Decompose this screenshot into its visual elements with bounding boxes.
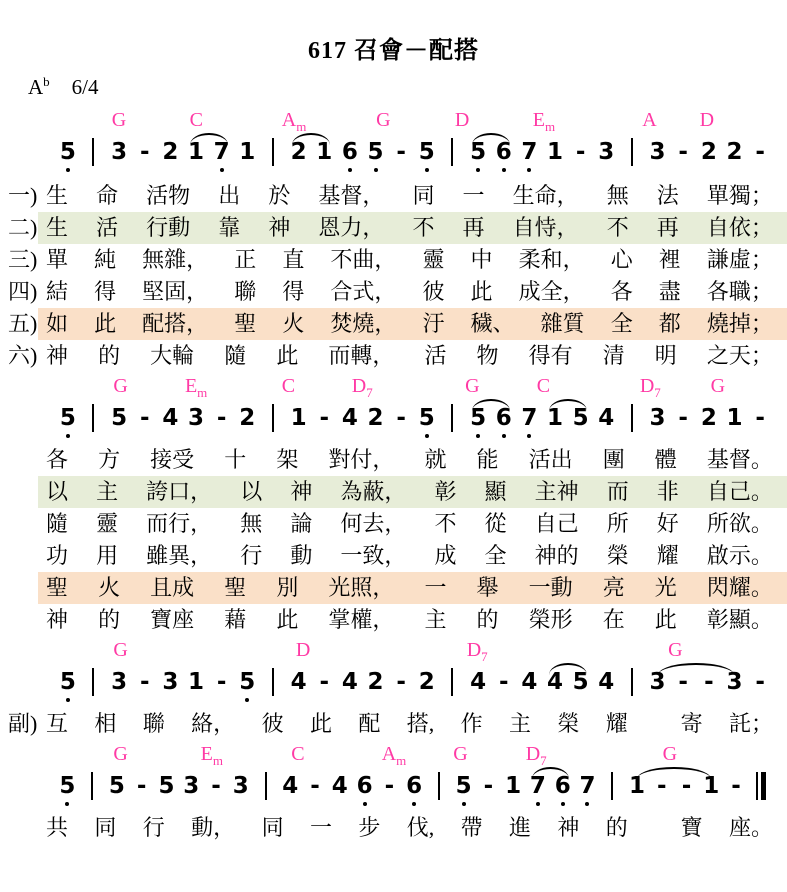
lyric-cell: 的 bbox=[477, 604, 499, 636]
lyric-cell: 雜質 bbox=[541, 308, 585, 340]
barline bbox=[253, 772, 278, 800]
lyric-cell: 神 bbox=[268, 212, 290, 244]
chord-row: GCAmGDEmAD bbox=[0, 108, 787, 132]
chord-G: G bbox=[465, 374, 479, 398]
lyric-cell: 無 bbox=[607, 180, 629, 212]
chord-D7: D7 bbox=[640, 374, 661, 405]
barline bbox=[440, 404, 466, 432]
note-7: 7 bbox=[517, 139, 543, 165]
dash-continuation: - bbox=[129, 773, 154, 799]
note-1: 1 bbox=[722, 405, 748, 431]
time-signature: 6/4 bbox=[72, 75, 99, 99]
dash-continuation: - bbox=[132, 669, 158, 695]
lyric-cell: 聖 bbox=[224, 572, 246, 604]
note-2: 2 bbox=[722, 139, 748, 165]
lyric-cell: 焚燒， bbox=[330, 308, 396, 340]
lyric-cell: 中 bbox=[471, 244, 493, 276]
lyric-cells: 神的大輪隨此而轉，活物得有清明之天； bbox=[46, 340, 773, 372]
note-5: 5 bbox=[55, 139, 81, 165]
lyric-cells-highlight-green: 以主誇口，以神為蔽，彰顯主神而非自己。 bbox=[38, 476, 787, 508]
lyric-cell: 生 bbox=[46, 212, 68, 244]
lyric-cell: 穢、 bbox=[471, 308, 515, 340]
note-4: 4 bbox=[286, 669, 312, 695]
lyric-cell: 基督， bbox=[318, 180, 384, 212]
lyric-cell: 神的 bbox=[535, 540, 579, 572]
chord-G: G bbox=[113, 374, 127, 398]
lyric-cell: 隨 bbox=[46, 508, 68, 540]
lyric-cell: 火 bbox=[98, 572, 120, 604]
note-4: 4 bbox=[337, 669, 363, 695]
note-4: 4 bbox=[327, 773, 352, 799]
lyric-cell: 一 bbox=[463, 180, 485, 212]
note-3: 3 bbox=[228, 773, 253, 799]
chord-C: C bbox=[282, 374, 295, 398]
lyric-cell: 所 bbox=[607, 508, 629, 540]
dash-continuation: - bbox=[311, 669, 337, 695]
lyric-cell: 的 bbox=[606, 812, 628, 844]
lyric-cell: 自己。 bbox=[707, 476, 773, 508]
lyric-cells: 神的寶座藉此掌權，主的榮形在此彰顯。 bbox=[46, 604, 773, 636]
note-3: 3 bbox=[158, 669, 184, 695]
lyric-cell: 之天； bbox=[707, 340, 773, 372]
lyric-cells: 各方接受十架對付，就能活出團體基督。 bbox=[46, 444, 773, 476]
chord-row: GEmCD7GCD7G bbox=[0, 374, 787, 398]
note-3: 3 bbox=[645, 669, 671, 695]
lyric-cell: 此 bbox=[655, 604, 677, 636]
lyric-cell: 活出 bbox=[529, 444, 573, 476]
note-7: 7 bbox=[517, 405, 543, 431]
slur-group: 45 bbox=[542, 669, 593, 695]
chord-C: C bbox=[537, 374, 550, 398]
chord-D7: D7 bbox=[467, 638, 488, 669]
lyric-cell: 步 bbox=[358, 812, 380, 844]
lyric-cell: 出 bbox=[218, 180, 240, 212]
lyric-cell: 法 bbox=[657, 180, 679, 212]
dash-continuation: - bbox=[568, 139, 594, 165]
note-5: 5 bbox=[568, 405, 594, 431]
note-4: 4 bbox=[593, 669, 619, 695]
chord-Em: Em bbox=[533, 108, 555, 139]
lyric-cell: 光照， bbox=[328, 572, 394, 604]
lyric-cell: 為蔽， bbox=[340, 476, 406, 508]
chord-D7: D7 bbox=[352, 374, 373, 405]
lyric-cell: 且成 bbox=[150, 572, 194, 604]
lyric-cell: 論 bbox=[290, 508, 312, 540]
note-7: 7 bbox=[526, 773, 551, 799]
note-3: 3 bbox=[106, 139, 132, 165]
lyric-cell: 架 bbox=[276, 444, 298, 476]
barline bbox=[260, 138, 286, 166]
lyric-cell: 主 bbox=[424, 604, 446, 636]
verse-label: 三) bbox=[8, 244, 46, 276]
chord-C: C bbox=[190, 108, 203, 132]
dash-continuation: - bbox=[491, 669, 517, 695]
lyric-cell: 各職； bbox=[707, 276, 773, 308]
lyric-row: 聖火且成聖別光照，一舉一動亮光閃耀。 bbox=[0, 572, 787, 604]
note-3: 3 bbox=[645, 139, 671, 165]
lyric-cell: 純 bbox=[94, 244, 116, 276]
lyric-cell: 火 bbox=[282, 308, 304, 340]
lyric-cell: 神 bbox=[290, 476, 312, 508]
system-1: GCAmGDEmAD53-21712165-55671-33-22-一)生命活物… bbox=[0, 102, 787, 372]
lyric-cell: 得 bbox=[94, 276, 116, 308]
lyric-cell: 汙 bbox=[422, 308, 444, 340]
slur-group: 1--1 bbox=[625, 773, 724, 799]
lyric-cell: 此 bbox=[94, 308, 116, 340]
page-title: 617 召會－配搭 bbox=[0, 0, 787, 65]
music-systems: GCAmGDEmAD53-21712165-55671-33-22-一)生命活物… bbox=[0, 102, 787, 844]
note-5: 5 bbox=[105, 773, 130, 799]
lyric-cell: 主 bbox=[96, 476, 118, 508]
note-6: 6 bbox=[402, 773, 427, 799]
lyric-cell: 成全， bbox=[519, 276, 585, 308]
dash-continuation: - bbox=[747, 139, 773, 165]
lyric-cell: 從 bbox=[485, 508, 507, 540]
lyric-row: 共同行動，同一步伐,帶進神的寶座。 bbox=[0, 812, 787, 844]
note-5: 5 bbox=[451, 773, 476, 799]
lyric-cell: 柔和， bbox=[519, 244, 585, 276]
lyric-cell: 顯 bbox=[485, 476, 507, 508]
lyric-cell: 主神 bbox=[535, 476, 579, 508]
note-2: 2 bbox=[696, 139, 722, 165]
note-1: 1 bbox=[311, 139, 337, 165]
lyric-cell: 此 bbox=[310, 708, 332, 740]
lyric-cell: 聯 bbox=[234, 276, 256, 308]
dash-continuation: - bbox=[670, 139, 696, 165]
note-7: 7 bbox=[209, 139, 235, 165]
verse-label: 四) bbox=[8, 276, 46, 308]
barline bbox=[426, 772, 451, 800]
lyric-cell: 活物 bbox=[146, 180, 190, 212]
lyric-cell: 清 bbox=[603, 340, 625, 372]
note-2: 2 bbox=[158, 139, 184, 165]
lyric-cell: 於 bbox=[268, 180, 290, 212]
key-note: A bbox=[28, 75, 43, 99]
flat-symbol: b bbox=[43, 74, 50, 89]
dash-continuation: - bbox=[388, 139, 414, 165]
note-3: 3 bbox=[645, 405, 671, 431]
lyric-cell: 閃耀。 bbox=[707, 572, 773, 604]
lyric-cells: 結得堅固，聯得合式，彼此成全，各盡各職； bbox=[46, 276, 773, 308]
chord-Em: Em bbox=[185, 374, 207, 405]
dash-continuation: - bbox=[132, 139, 158, 165]
lyric-cell: 彰顯。 bbox=[707, 604, 773, 636]
barline bbox=[619, 668, 645, 696]
note-6: 6 bbox=[550, 773, 575, 799]
system-4: GEmCAmGD7G55-53-34-46-65-17671--1-共同行動，同… bbox=[0, 742, 787, 844]
barline bbox=[440, 138, 466, 166]
lyric-cell: 各 bbox=[46, 444, 68, 476]
lyric-cell: 一 bbox=[310, 812, 332, 844]
chord-C: C bbox=[291, 742, 304, 766]
lyric-cell: 掌權， bbox=[328, 604, 394, 636]
barline bbox=[81, 138, 107, 166]
barline bbox=[440, 668, 466, 696]
lyric-cell: 彰 bbox=[434, 476, 456, 508]
note-5: 5 bbox=[465, 139, 491, 165]
verse-label bbox=[8, 444, 46, 476]
lyric-cell: 單 bbox=[46, 244, 68, 276]
lyric-cell: 接受 bbox=[150, 444, 194, 476]
lyric-cell: 堅固， bbox=[142, 276, 208, 308]
hymn-sheet: 617 召會－配搭 Ab6/4 GCAmGDEmAD53-21712165-55… bbox=[0, 0, 787, 892]
note-4: 4 bbox=[593, 405, 619, 431]
lyric-cell: 誇口， bbox=[146, 476, 212, 508]
lyric-cell: 謙虛； bbox=[707, 244, 773, 276]
barline bbox=[600, 772, 625, 800]
lyric-cell: 主 bbox=[509, 708, 531, 740]
lyric-cell: 合式， bbox=[330, 276, 396, 308]
note-5: 5 bbox=[154, 773, 179, 799]
system-3: GDD7G53-31-54-42-24-44543--3-副)互相聯絡，彼此配搭… bbox=[0, 638, 787, 740]
dash-continuation: - bbox=[209, 405, 235, 431]
lyric-cell: 聖 bbox=[234, 308, 256, 340]
lyric-cell: 不 bbox=[412, 212, 434, 244]
lyric-cell: 配 bbox=[358, 708, 380, 740]
dash-continuation: - bbox=[388, 405, 414, 431]
lyric-cell: 亮 bbox=[603, 572, 625, 604]
barline bbox=[260, 668, 286, 696]
lyric-cell: 隨 bbox=[224, 340, 246, 372]
note-1: 1 bbox=[542, 405, 568, 431]
lyric-cell: 對付， bbox=[328, 444, 394, 476]
dash-continuation: - bbox=[724, 773, 749, 799]
lyric-cell: 帶 bbox=[461, 812, 483, 844]
chord-Am: Am bbox=[382, 742, 407, 773]
lyric-cell: 結 bbox=[46, 276, 68, 308]
lyric-cell: 靈 bbox=[96, 508, 118, 540]
barline bbox=[619, 404, 645, 432]
lyric-cell: 相 bbox=[94, 708, 116, 740]
chord-D: D bbox=[700, 108, 714, 132]
note-4: 4 bbox=[158, 405, 184, 431]
chord-G: G bbox=[113, 742, 127, 766]
lyric-cell: 聖 bbox=[46, 572, 68, 604]
lyric-cell: 同 bbox=[262, 812, 284, 844]
note-5: 5 bbox=[55, 669, 81, 695]
lyric-cell: 榮 bbox=[557, 708, 579, 740]
lyric-cell: 在 bbox=[603, 604, 625, 636]
lyric-cell: 裡 bbox=[659, 244, 681, 276]
note-1: 1 bbox=[625, 773, 650, 799]
lyric-cell: 大輪 bbox=[150, 340, 194, 372]
lyric-cell: 生 bbox=[46, 180, 68, 212]
lyric-cell: 不 bbox=[607, 212, 629, 244]
lyric-cells: 隨靈而行，無論何去，不從自己所好所欲。 bbox=[46, 508, 773, 540]
chord-D: D bbox=[296, 638, 310, 662]
note-5: 5 bbox=[465, 405, 491, 431]
lyric-cell: 行 bbox=[240, 540, 262, 572]
note-1: 1 bbox=[542, 139, 568, 165]
lyric-cell: 成 bbox=[434, 540, 456, 572]
verse-label bbox=[8, 540, 46, 572]
lyric-cell: 非 bbox=[657, 476, 679, 508]
lyric-cell: 動， bbox=[191, 812, 235, 844]
lyric-cell: 一動 bbox=[529, 572, 573, 604]
dash-continuation: - bbox=[476, 773, 501, 799]
lyric-cell: 而 bbox=[607, 476, 629, 508]
dash-continuation: - bbox=[303, 773, 328, 799]
lyric-row: 一)生命活物出於基督，同一生命，無法單獨； bbox=[0, 180, 787, 212]
verse-label bbox=[8, 812, 46, 844]
chord-G: G bbox=[376, 108, 390, 132]
note-4: 4 bbox=[465, 669, 491, 695]
note-4: 4 bbox=[517, 669, 543, 695]
lyric-cell: 基督。 bbox=[707, 444, 773, 476]
lyric-cell: 而轉， bbox=[328, 340, 394, 372]
lyric-cell: 聯 bbox=[143, 708, 165, 740]
chord-G: G bbox=[112, 108, 126, 132]
chord-Em: Em bbox=[201, 742, 223, 773]
chord-row: GDD7G bbox=[0, 638, 787, 662]
lyric-cell: 物 bbox=[477, 340, 499, 372]
lyric-cell: 以 bbox=[240, 476, 262, 508]
barline bbox=[81, 668, 107, 696]
lyric-cells: 單純無雜，正直不曲，靈中柔和，心裡謙虛； bbox=[46, 244, 773, 276]
note-4: 4 bbox=[337, 405, 363, 431]
lyric-cell: 此 bbox=[471, 276, 493, 308]
lyric-cell: 此 bbox=[276, 604, 298, 636]
lyric-cell: 得有 bbox=[529, 340, 573, 372]
lyric-cell: 活 bbox=[424, 340, 446, 372]
lyric-cell: 燒掉； bbox=[707, 308, 773, 340]
dash-continuation: - bbox=[311, 405, 337, 431]
lyric-cell: 何去， bbox=[340, 508, 406, 540]
lyric-row: 以主誇口，以神為蔽，彰顯主神而非自己。 bbox=[0, 476, 787, 508]
system-2: GEmCD7GCD7G55-43-21-42-55671543-21-各方接受十… bbox=[0, 374, 787, 636]
chord-A: A bbox=[642, 108, 656, 132]
lyric-cell: 無雜， bbox=[142, 244, 208, 276]
dash-continuation: - bbox=[747, 405, 773, 431]
barline bbox=[80, 772, 105, 800]
lyric-row: 各方接受十架對付，就能活出團體基督。 bbox=[0, 444, 787, 476]
slur-group: 76 bbox=[526, 773, 576, 799]
lyric-cells: 生命活物出於基督，同一生命，無法單獨； bbox=[46, 180, 773, 212]
lyric-cell: 雖異， bbox=[146, 540, 212, 572]
lyric-cell: 動 bbox=[290, 540, 312, 572]
lyric-cell: 伐, bbox=[407, 812, 435, 844]
dash-continuation: - bbox=[377, 773, 402, 799]
lyric-cell: 所欲。 bbox=[707, 508, 773, 540]
lyric-cell: 神 bbox=[46, 340, 68, 372]
note-2: 2 bbox=[363, 405, 389, 431]
lyric-cell: 寄 bbox=[681, 708, 703, 740]
lyric-row: 隨靈而行，無論何去，不從自己所好所欲。 bbox=[0, 508, 787, 540]
lyric-cell: 生命， bbox=[513, 180, 579, 212]
lyric-cells-highlight-orange: 如此配搭，聖火焚燒，汙穢、雜質全都燒掉； bbox=[38, 308, 787, 340]
verse-label bbox=[8, 604, 46, 636]
verse-label: 六) bbox=[8, 340, 46, 372]
lyric-cell: 再 bbox=[463, 212, 485, 244]
verse-label bbox=[8, 508, 46, 540]
lyric-cell: 如 bbox=[46, 308, 68, 340]
note-4: 4 bbox=[542, 669, 568, 695]
lyric-cell: 正 bbox=[234, 244, 256, 276]
chord-G: G bbox=[711, 374, 725, 398]
note-5: 5 bbox=[106, 405, 132, 431]
barline bbox=[260, 404, 286, 432]
note-3: 3 bbox=[106, 669, 132, 695]
note-6: 6 bbox=[352, 773, 377, 799]
lyric-cell: 舉 bbox=[477, 572, 499, 604]
lyric-cell: 好 bbox=[657, 508, 679, 540]
lyric-cell: 功 bbox=[46, 540, 68, 572]
lyric-cell: 能 bbox=[477, 444, 499, 476]
note-4: 4 bbox=[278, 773, 303, 799]
lyric-cell: 靠 bbox=[218, 212, 240, 244]
lyric-cell: 不曲， bbox=[330, 244, 396, 276]
note-2: 2 bbox=[696, 405, 722, 431]
lyric-cell: 用 bbox=[96, 540, 118, 572]
lyric-cell: 的 bbox=[98, 340, 120, 372]
lyric-cell: 耀 bbox=[657, 540, 679, 572]
lyric-cell: 託； bbox=[729, 708, 773, 740]
lyric-cell: 座。 bbox=[729, 812, 773, 844]
lyric-cell: 一致， bbox=[340, 540, 406, 572]
lyric-cell: 單獨； bbox=[707, 180, 773, 212]
note-1: 1 bbox=[183, 139, 209, 165]
note-7: 7 bbox=[575, 773, 600, 799]
lyric-cell: 就 bbox=[424, 444, 446, 476]
lyric-cell: 靈 bbox=[422, 244, 444, 276]
key-signature: Ab6/4 bbox=[28, 75, 787, 100]
dash-continuation: - bbox=[204, 773, 229, 799]
lyric-cell: 共 bbox=[46, 812, 68, 844]
note-1: 1 bbox=[286, 405, 312, 431]
note-2: 2 bbox=[414, 669, 440, 695]
lyric-cell: 的 bbox=[98, 604, 120, 636]
slur-group: 56 bbox=[465, 405, 516, 431]
lyric-cell: 別 bbox=[276, 572, 298, 604]
lyric-cell: 不 bbox=[434, 508, 456, 540]
lyric-row: 六)神的大輪隨此而轉，活物得有清明之天； bbox=[0, 340, 787, 372]
lyric-cell: 命 bbox=[96, 180, 118, 212]
slur-group: 15 bbox=[542, 405, 593, 431]
slur-group: 17 bbox=[183, 139, 234, 165]
lyric-cell: 一 bbox=[424, 572, 446, 604]
lyric-cell: 榮形 bbox=[529, 604, 573, 636]
dash-continuation: - bbox=[388, 669, 414, 695]
lyric-row: 副)互相聯絡，彼此配搭,作主榮耀寄託； bbox=[0, 708, 787, 740]
lyric-cell: 光 bbox=[655, 572, 677, 604]
lyric-cell: 恩力， bbox=[318, 212, 384, 244]
lyric-cell: 耀 bbox=[606, 708, 628, 740]
notation-line: 53-21712165-55671-33-22- bbox=[0, 132, 787, 172]
lyric-cell: 全 bbox=[485, 540, 507, 572]
final-barline bbox=[748, 772, 773, 800]
lyric-cell: 方 bbox=[98, 444, 120, 476]
note-5: 5 bbox=[414, 139, 440, 165]
lyric-cell: 都 bbox=[659, 308, 681, 340]
lyric-row: 神的寶座藉此掌權，主的榮形在此彰顯。 bbox=[0, 604, 787, 636]
note-5: 5 bbox=[55, 405, 81, 431]
lyric-cell: 互 bbox=[46, 708, 68, 740]
lyric-cell: 絡， bbox=[191, 708, 235, 740]
notation-line: 55-43-21-42-55671543-21- bbox=[0, 398, 787, 438]
lyric-cell: 直 bbox=[282, 244, 304, 276]
note-2: 2 bbox=[234, 405, 260, 431]
lyric-cell: 作 bbox=[461, 708, 483, 740]
note-5: 5 bbox=[234, 669, 260, 695]
chord-row: GEmCAmGD7G bbox=[0, 742, 787, 766]
note-5: 5 bbox=[55, 773, 80, 799]
lyric-cell: 活 bbox=[96, 212, 118, 244]
lyric-cells: 功用雖異，行動一致，成全神的榮耀啟示。 bbox=[46, 540, 773, 572]
slur-group: 21 bbox=[286, 139, 337, 165]
lyric-cell: 體 bbox=[655, 444, 677, 476]
lyric-cell: 搭, bbox=[407, 708, 435, 740]
lyric-cell: 自己 bbox=[535, 508, 579, 540]
